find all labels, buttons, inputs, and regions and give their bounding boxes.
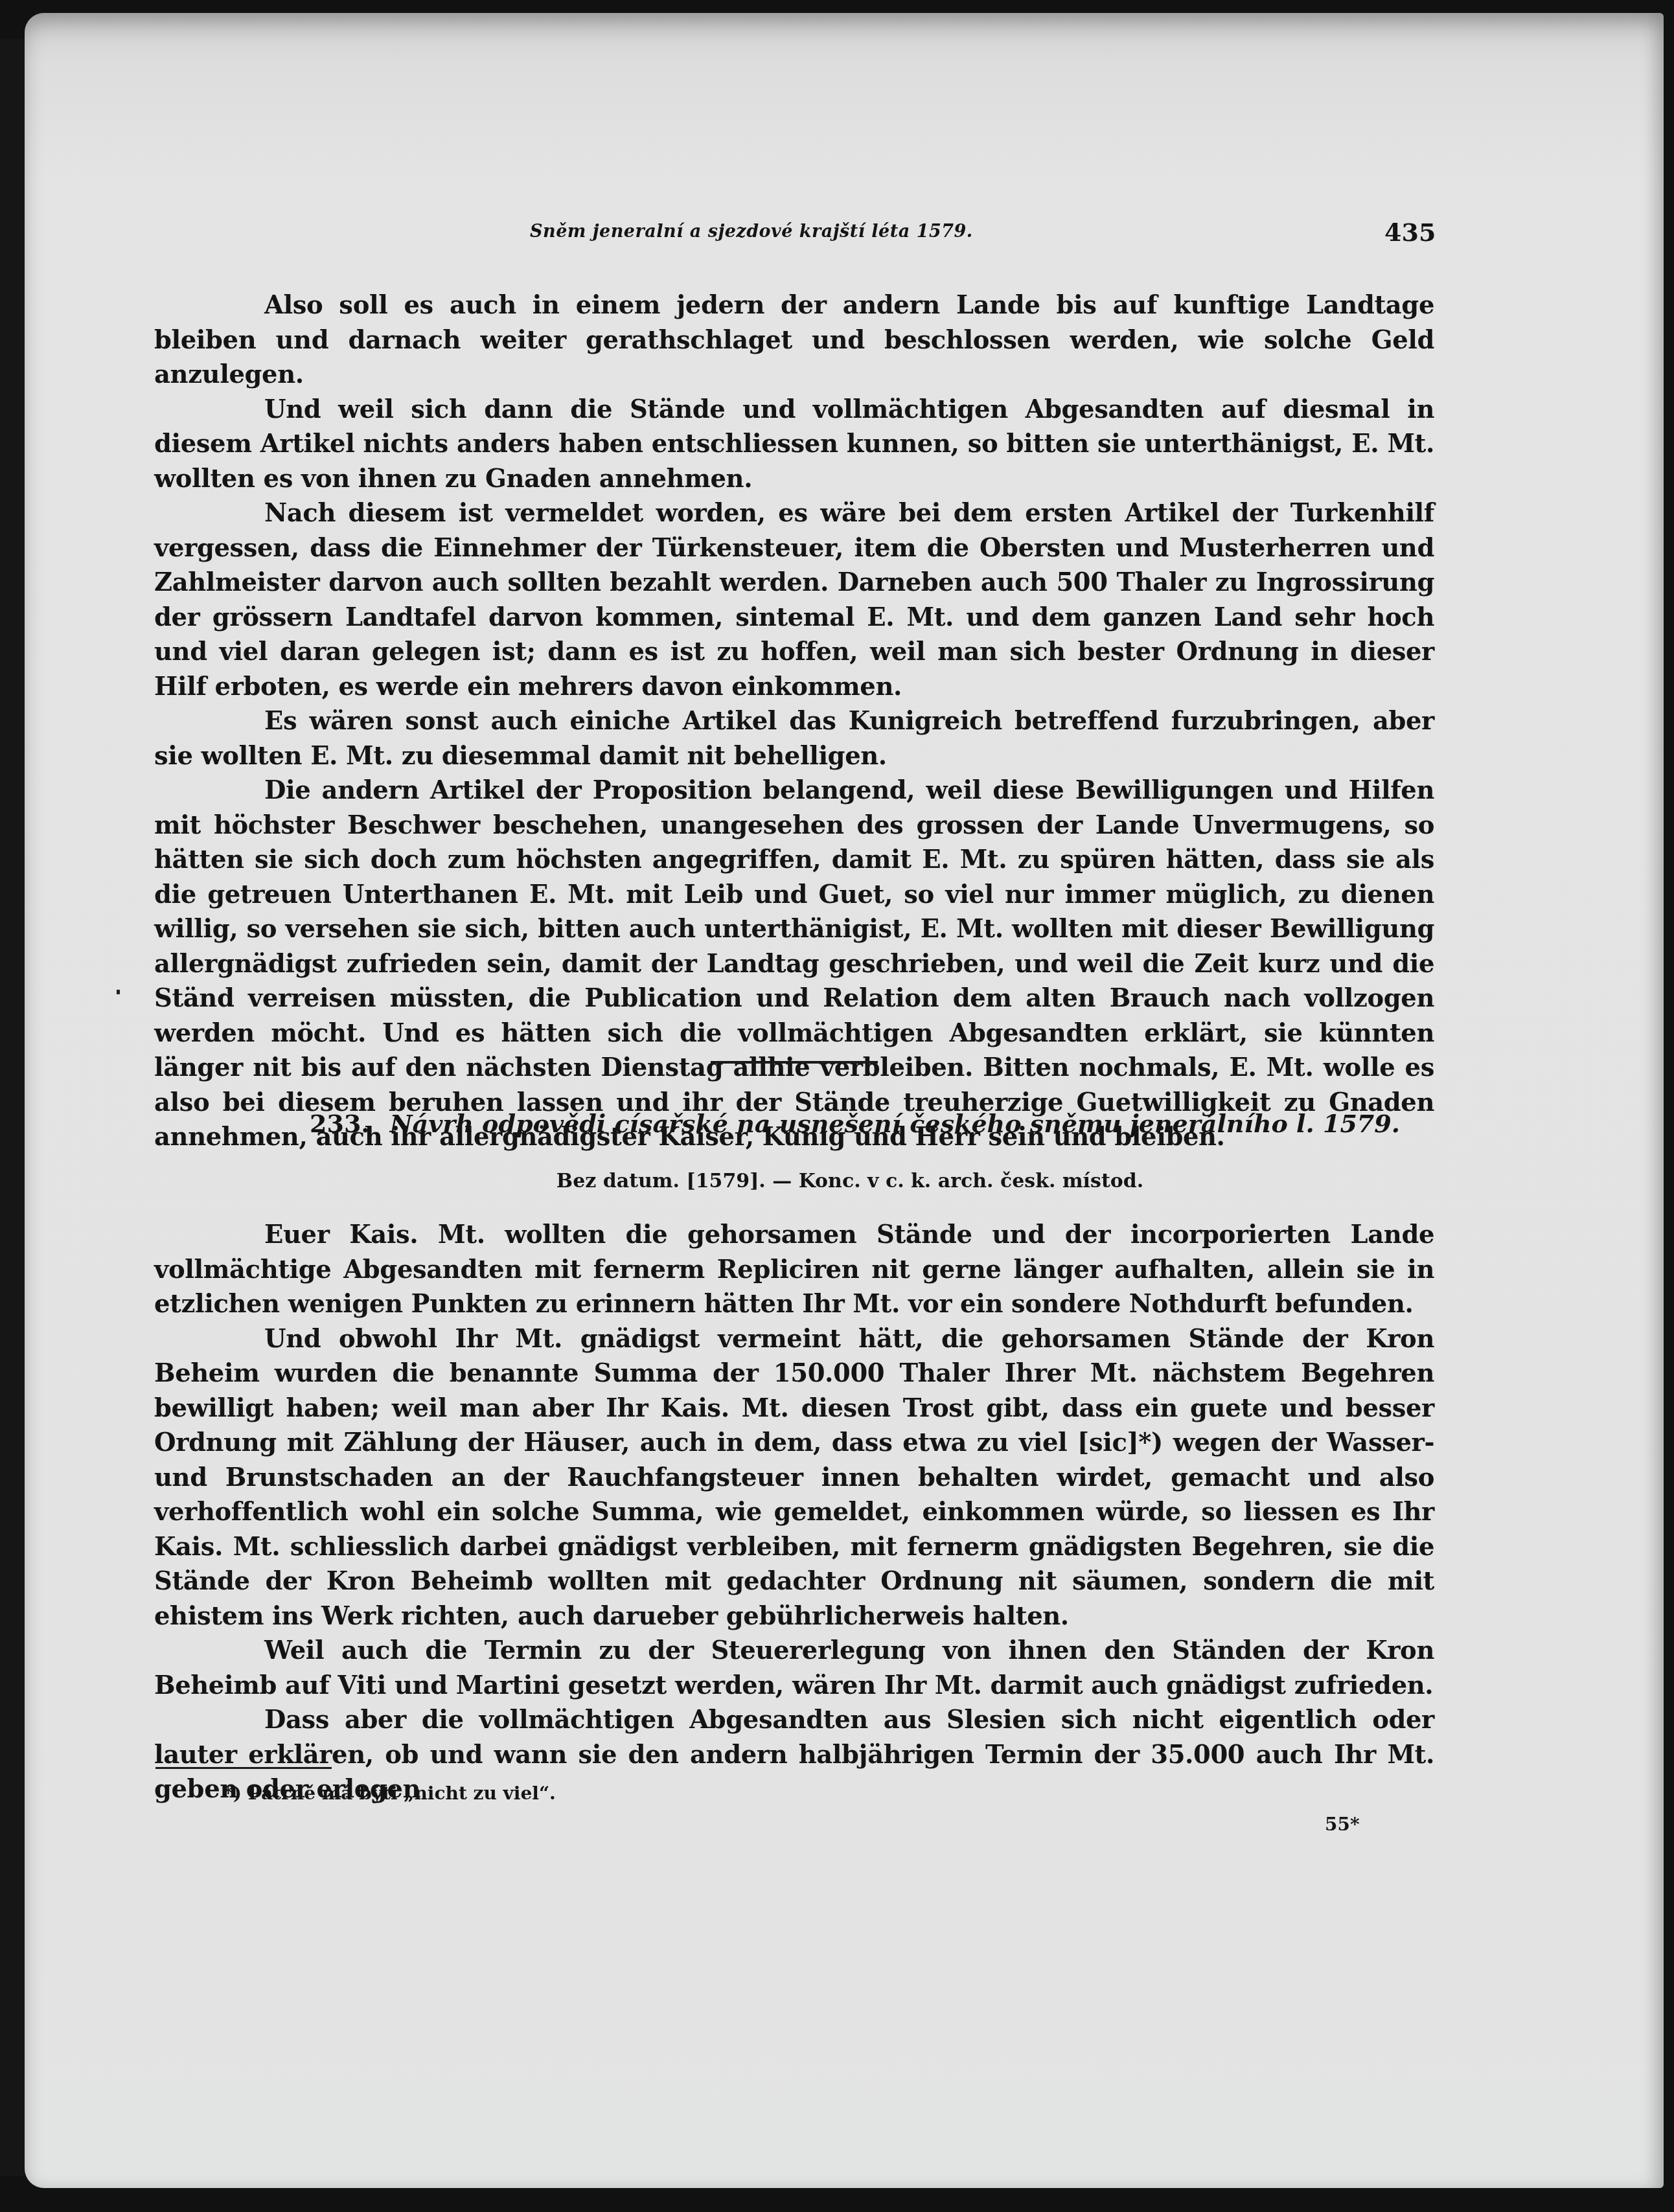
document-number: 233. — [310, 1109, 370, 1138]
paragraph: Weil auch die Termin zu der Steuererlegu… — [154, 1634, 1434, 1703]
section-separator-rule — [711, 1061, 878, 1064]
scan-left-edge — [0, 39, 25, 2176]
printer-signature-mark: 55* — [1325, 1814, 1360, 1835]
running-head: Sněm jeneralní a sjezdové krajští léta 1… — [0, 218, 1674, 257]
document-heading: 233. Návrh odpovědi císařské na usnešení… — [310, 1109, 1320, 1138]
paragraph: Es wären sonst auch einiche Artikel das … — [154, 704, 1434, 773]
margin-mark — [117, 990, 120, 994]
page-number: 435 — [1384, 218, 1436, 247]
paragraph: Die andern Artikel der Proposition belan… — [154, 773, 1434, 1155]
document-title: Návrh odpovědi císařské na usnešení česk… — [390, 1109, 1400, 1138]
running-title: Sněm jeneralní a sjezdové krajští léta 1… — [530, 222, 973, 242]
footnote: *) Patrně má býti „nicht zu viel“. — [224, 1783, 556, 1804]
paragraph: Nach diesem ist vermeldet worden, es wär… — [154, 496, 1434, 704]
section-top-text: Also soll es auch in einem jedern der an… — [154, 288, 1434, 1155]
paragraph: Euer Kais. Mt. wollten die gehorsamen St… — [154, 1218, 1434, 1322]
document-233-text: Euer Kais. Mt. wollten die gehorsamen St… — [154, 1218, 1434, 1807]
paragraph: Also soll es auch in einem jedern der an… — [154, 288, 1434, 393]
paragraph: Und weil sich dann die Stände und vollmä… — [154, 393, 1434, 497]
paragraph: Und obwohl Ihr Mt. gnädigst vermeint hät… — [154, 1322, 1434, 1634]
footnote-rule — [155, 1767, 332, 1769]
document-source-note: Bez datum. [1579]. — Konc. v c. k. arch.… — [0, 1170, 1674, 1192]
